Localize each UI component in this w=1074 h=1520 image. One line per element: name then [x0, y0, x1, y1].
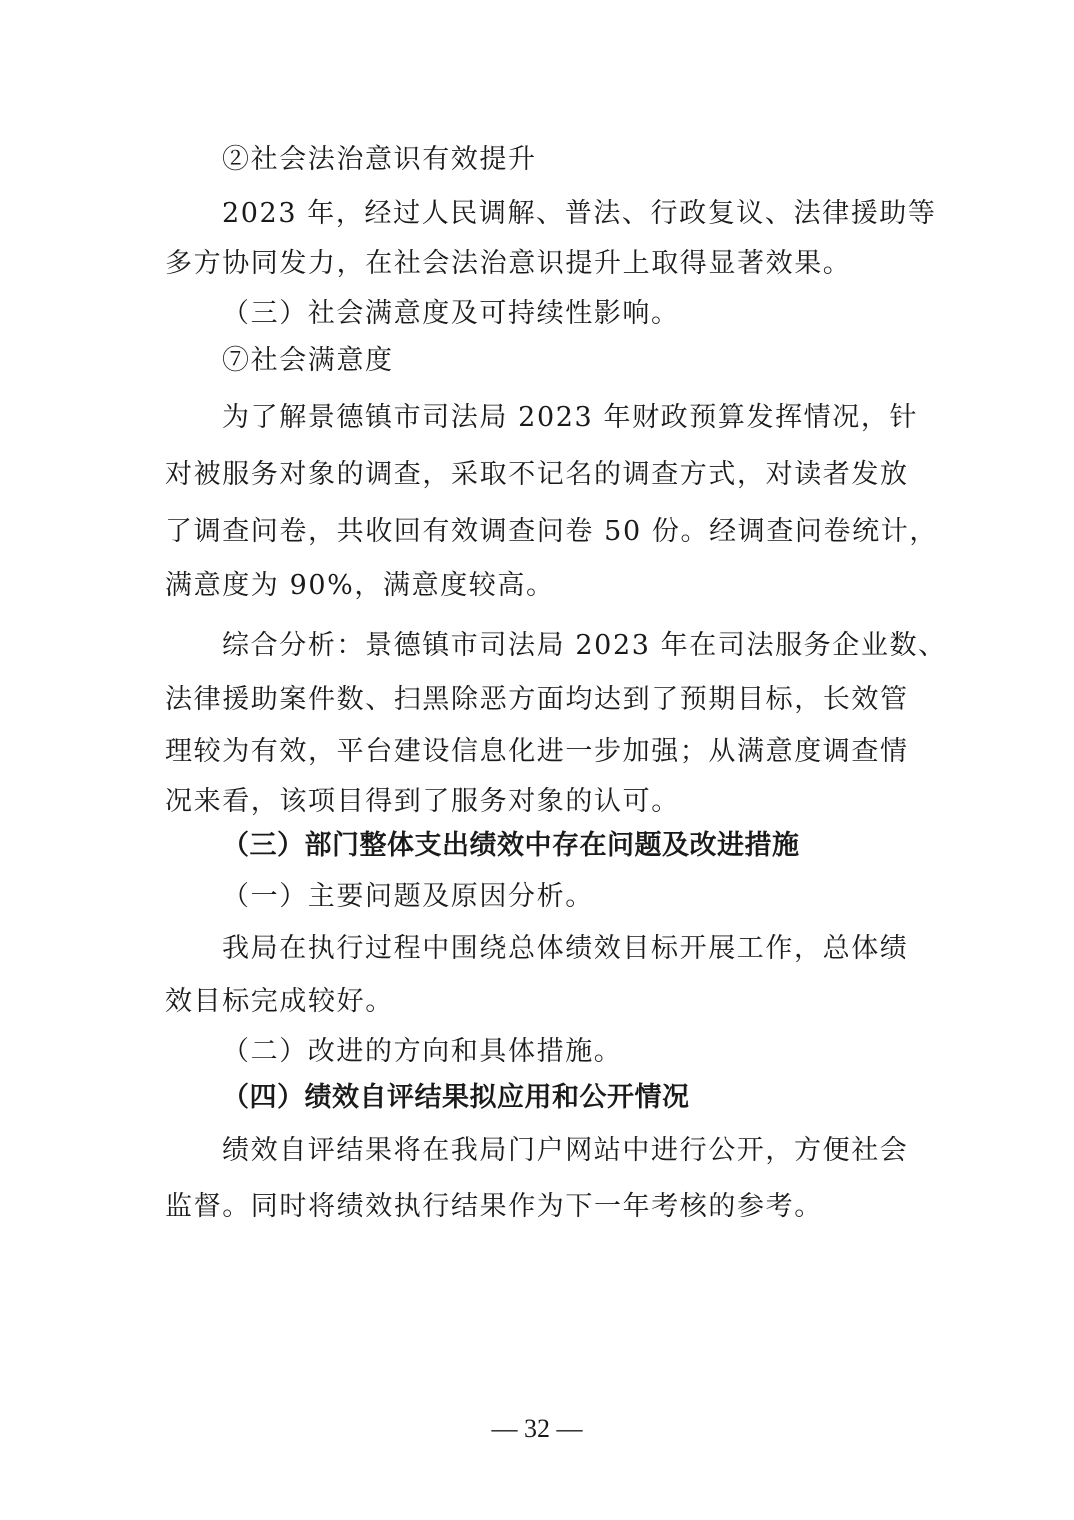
- paragraph-line: 效目标完成较好。: [165, 984, 915, 1020]
- paragraph-line: 为了解景德镇市司法局 2023 年财政预算发挥情况，针: [222, 400, 915, 436]
- section-heading-problems: （三）部门整体支出绩效中存在问题及改进措施: [222, 828, 915, 864]
- subheading-legal-awareness: ②社会法治意识有效提升: [222, 142, 915, 178]
- paragraph-line: 2023 年，经过人民调解、普法、行政复议、法律援助等: [222, 196, 915, 232]
- section-heading-satisfaction: （三）社会满意度及可持续性影响。: [222, 296, 915, 332]
- paragraph-line: 了调查问卷，共收回有效调查问卷 50 份。经调查问卷统计，: [165, 514, 915, 550]
- page-number: — 32 —: [0, 1412, 1074, 1446]
- paragraph-line: 监督。同时将绩效执行结果作为下一年考核的参考。: [165, 1189, 915, 1225]
- paragraph-line: 对被服务对象的调查，采取不记名的调查方式，对读者发放: [165, 457, 915, 493]
- paragraph-line: 绩效自评结果将在我局门户网站中进行公开，方便社会: [222, 1133, 915, 1169]
- paragraph-line: 多方协同发力，在社会法治意识提升上取得显著效果。: [165, 246, 915, 282]
- paragraph-line: 理较为有效，平台建设信息化进一步加强；从满意度调查情: [165, 734, 915, 770]
- subheading-social-satisfaction: ⑦社会满意度: [222, 343, 915, 379]
- paragraph-line: 况来看，该项目得到了服务对象的认可。: [165, 784, 915, 820]
- paragraph-line: 满意度为 90%，满意度较高。: [165, 568, 915, 604]
- paragraph-line: 法律援助案件数、扫黑除恶方面均达到了预期目标，长效管: [165, 682, 915, 718]
- paragraph-line: 我局在执行过程中围绕总体绩效目标开展工作，总体绩: [222, 931, 915, 967]
- document-page: ②社会法治意识有效提升 2023 年，经过人民调解、普法、行政复议、法律援助等 …: [0, 0, 1074, 1520]
- subheading-improvements: （二）改进的方向和具体措施。: [222, 1034, 915, 1070]
- subheading-main-problems: （一）主要问题及原因分析。: [222, 879, 915, 915]
- paragraph-line: 综合分析：景德镇市司法局 2023 年在司法服务企业数、: [222, 628, 915, 664]
- section-heading-results-disclosure: （四）绩效自评结果拟应用和公开情况: [222, 1080, 915, 1116]
